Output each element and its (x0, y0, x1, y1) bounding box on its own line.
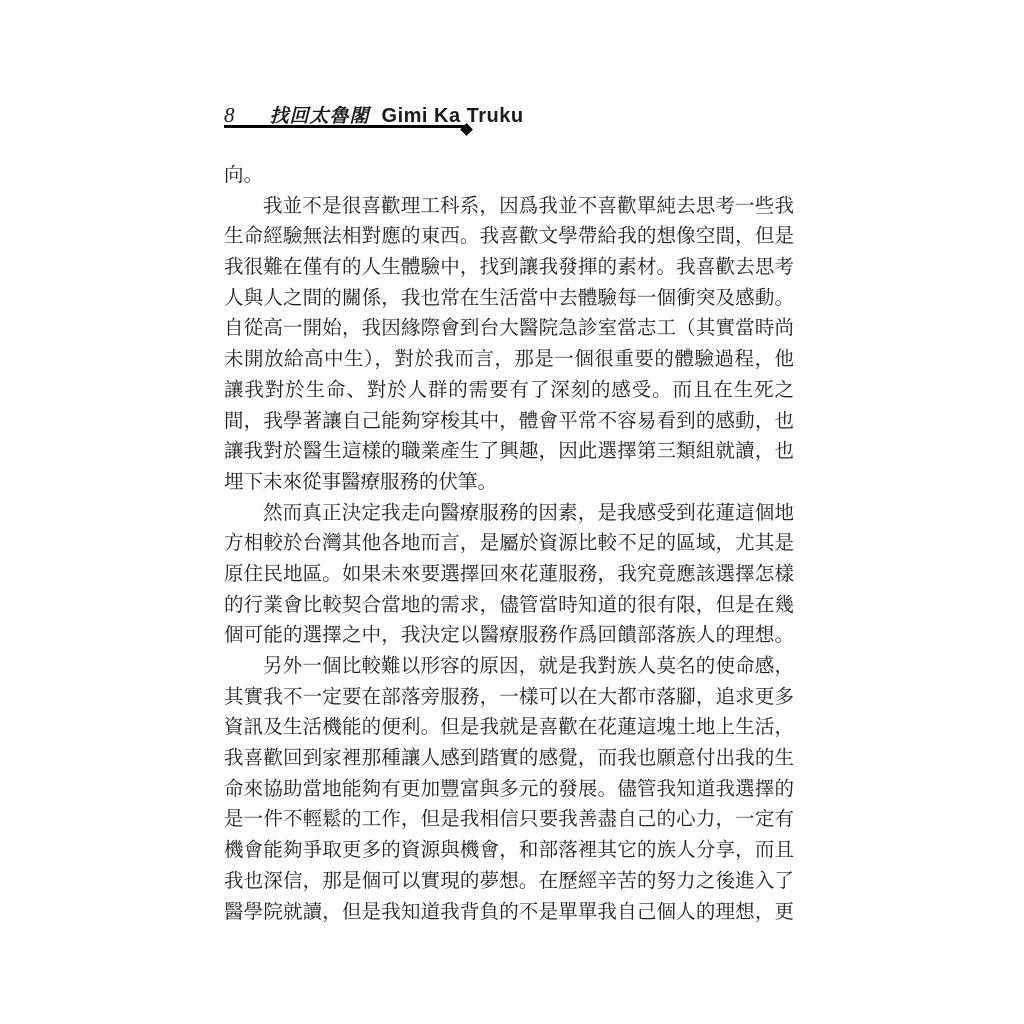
text-line: 資訊及生活機能的便利。但是我就是喜歡在花蓮這塊土地上生活， (224, 713, 794, 744)
text-line: 的行業會比較契合當地的需求，儘管當時知道的很有限，但是在幾 (224, 591, 794, 622)
text-line: 讓我對於生命、對於人群的需要有了深刻的感受。而且在生死之 (224, 376, 794, 407)
text-line: 醫學院就讀，但是我知道我背負的不是單單我自己個人的理想，更 (224, 898, 794, 929)
text-line: 生命經驗無法相對應的東西。我喜歡文學帶給我的想像空間，但是 (224, 222, 794, 253)
text-line: 自從高一開始，我因緣際會到台大醫院急診室當志工（其實當時尚 (224, 314, 794, 345)
text-line: 間，我學著讓自己能夠穿梭其中，體會平常不容易看到的感動，也 (224, 407, 794, 438)
text-line: 方相較於台灣其他各地而言，是屬於資源比較不足的區域，尤其是 (224, 529, 794, 560)
text-line: 其實我不一定要在部落旁服務，一樣可以在大都市落腳，追求更多 (224, 683, 794, 714)
text-line: 人與人之間的關係，我也常在生活當中去體驗每一個衝突及感動。 (224, 284, 794, 315)
text-line: 我喜歡回到家裡那種讓人感到踏實的感覺，而我也願意付出我的生 (224, 744, 794, 775)
text-line: 然而真正決定我走向醫療服務的因素，是我感受到花蓮這個地 (224, 499, 794, 530)
text-line: 我並不是很喜歡理工科系，因爲我並不喜歡單純去思考一些我 (224, 192, 794, 223)
text-line: 原住民地區。如果未來要選擇回來花蓮服務，我究竟應該選擇怎樣 (224, 560, 794, 591)
text-line: 讓我對於醫生這樣的職業產生了興趣，因此選擇第三類組就讀，也 (224, 437, 794, 468)
text-line: 是一件不輕鬆的工作，但是我相信只要我善盡自己的心力，一定有 (224, 805, 794, 836)
text-line: 未開放給高中生），對於我而言，那是一個很重要的體驗過程，他 (224, 345, 794, 376)
body-text: 向。我並不是很喜歡理工科系，因爲我並不喜歡單純去思考一些我生命經驗無法相對應的東… (224, 161, 794, 928)
page-header: 8 找回太魯閣 Gimi Ka Truku (224, 101, 794, 127)
text-line: 我也深信，那是個可以實現的夢想。在歷經辛苦的努力之後進入了 (224, 867, 794, 898)
text-line: 另外一個比較難以形容的原因，就是我對族人莫名的使命感， (224, 652, 794, 683)
text-line: 向。 (224, 161, 794, 192)
text-line: 埋下未來從事醫療服務的伏筆。 (224, 468, 794, 499)
book-page: 8 找回太魯閣 Gimi Ka Truku 向。我並不是很喜歡理工科系，因爲我並… (0, 0, 1024, 1024)
text-line: 機會能夠爭取更多的資源與機會，和部落裡其它的族人分享，而且 (224, 836, 794, 867)
header-title-chinese: 找回太魯閣 (270, 101, 370, 128)
header-rule (224, 125, 466, 128)
text-line: 個可能的選擇之中，我決定以醫療服務作爲回饋部落族人的理想。 (224, 621, 794, 652)
text-line: 我很難在僅有的人生體驗中，找到讓我發揮的素材。我喜歡去思考 (224, 253, 794, 284)
text-line: 命來協助當地能夠有更加豐富與多元的發展。儘管我知道我選擇的 (224, 775, 794, 806)
